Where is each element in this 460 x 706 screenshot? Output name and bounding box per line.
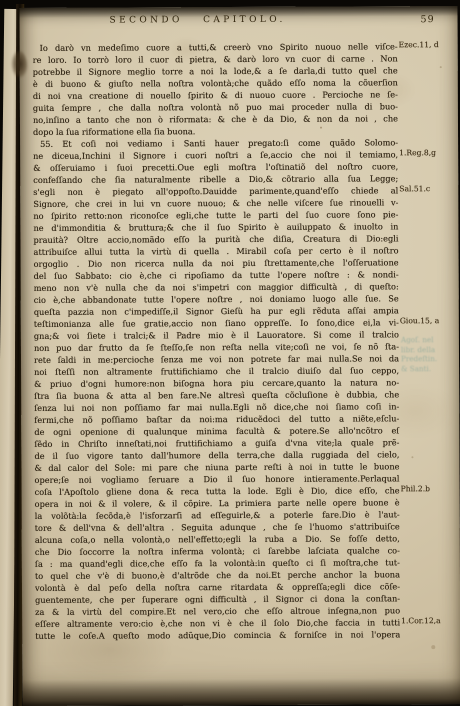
chapter-heading: SECONDO CAPITOLO. <box>110 15 286 26</box>
showthrough-note: Agoſ. nellibr. dellaPredeſtin.& Santi. <box>401 335 460 374</box>
text-line: tutte le coſe.A queſto modo adũque,Dio c… <box>35 628 400 642</box>
page-number: 59 <box>421 14 435 25</box>
margin-citation: 1.Reg.8,g <box>399 148 460 157</box>
book-page: SECONDO CAPITOLO. 59 Io darò vn medeſimo… <box>19 6 460 706</box>
body-text-block: Io darò vn medeſimo cuore a tutti,& cree… <box>33 40 401 642</box>
margin-notes-layer: Ezec.11, d1.Reg.8,gSal.51.cGiou.15, aPhi… <box>19 6 457 8</box>
margin-citation: 1.Cor.12,a <box>401 616 460 625</box>
ink-stain <box>10 50 28 90</box>
margin-citation: Phil.2.b <box>401 484 460 493</box>
showthrough-note-line: & Santi. <box>401 364 460 374</box>
showthrough-note-line: Agoſ. nel <box>401 335 460 345</box>
margin-citation: Giou.15, a <box>400 316 460 325</box>
showthrough-note-line: libr. della <box>401 345 460 355</box>
text-line: no,inſino a tanto che non ò riformata: &… <box>33 112 398 126</box>
photo-background: SECONDO CAPITOLO. 59 Io darò vn medeſimo… <box>0 0 460 706</box>
margin-citation: Ezec.11, d <box>399 40 460 49</box>
showthrough-note-line: Predeſtin. <box>401 354 460 364</box>
running-head: SECONDO CAPITOLO. 59 <box>20 14 458 30</box>
margin-citation: Sal.51.c <box>399 184 460 193</box>
bottom-edge-shadow <box>22 678 460 706</box>
